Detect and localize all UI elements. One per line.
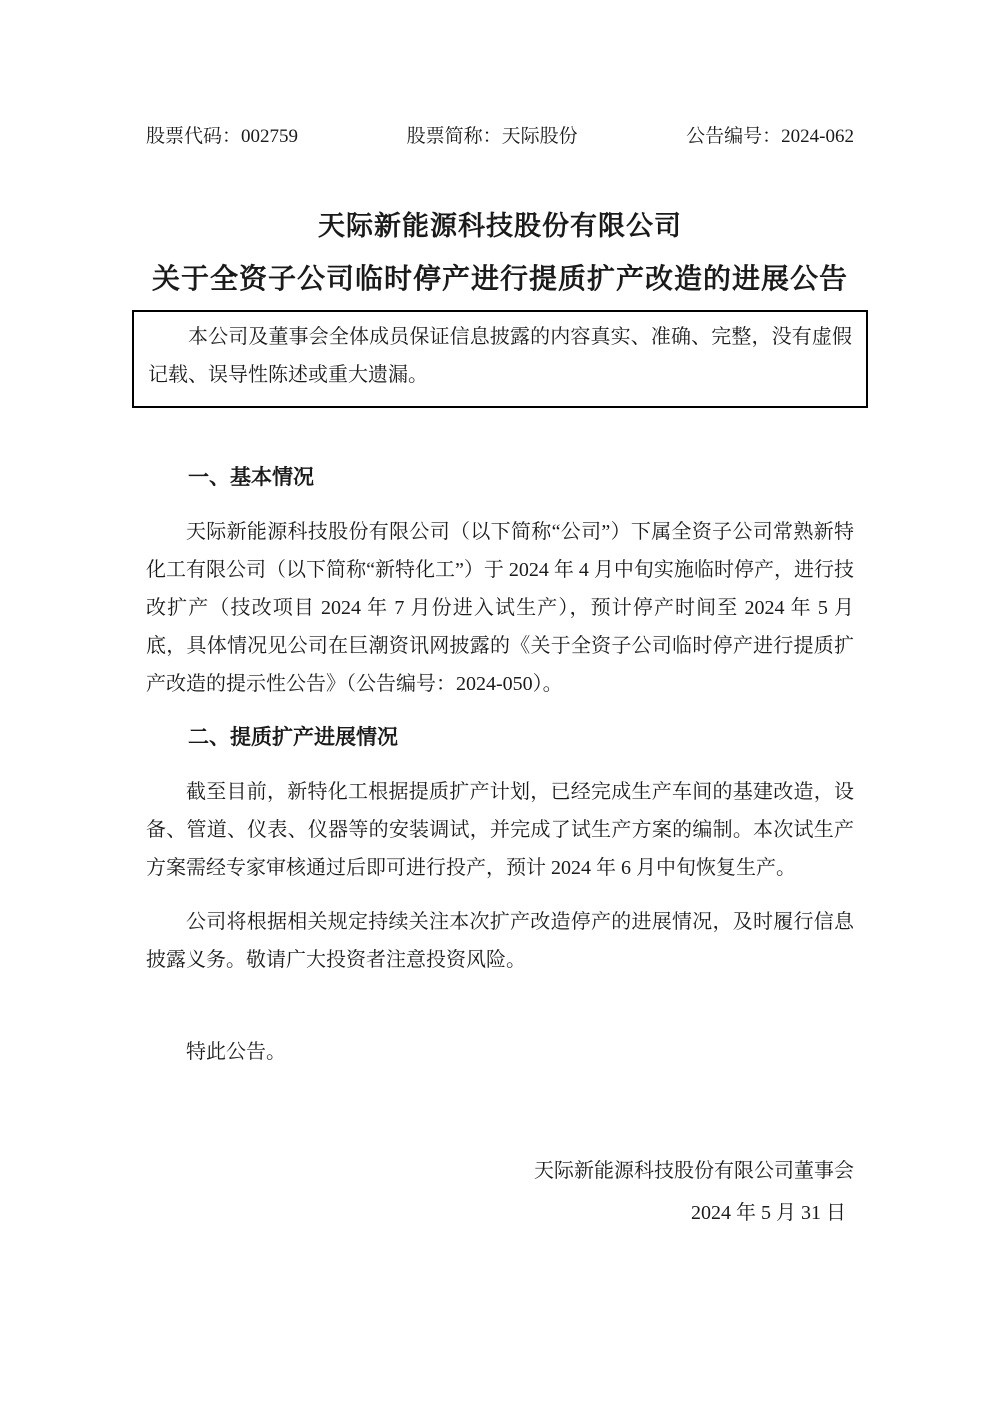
signature-date: 2024 年 5 月 31 日 <box>146 1192 854 1234</box>
stock-info-header: 股票代码：002759 股票简称：天际股份 公告编号：2024-062 <box>146 126 854 148</box>
signature-block: 天际新能源科技股份有限公司董事会 2024 年 5 月 31 日 <box>146 1150 854 1234</box>
announcement-document-page: 股票代码：002759 股票简称：天际股份 公告编号：2024-062 天际新能… <box>0 0 1000 1414</box>
signature-entity: 天际新能源科技股份有限公司董事会 <box>146 1150 854 1192</box>
stock-name: 股票简称：天际股份 <box>407 126 578 148</box>
disclaimer-box: 本公司及董事会全体成员保证信息披露的内容真实、准确、完整，没有虚假记载、误导性陈… <box>132 310 868 408</box>
section-1-paragraph-1: 天际新能源科技股份有限公司（以下简称“公司”）下属全资子公司常熟新特化工有限公司… <box>146 513 854 703</box>
announcement-number: 公告编号：2024-062 <box>686 126 854 148</box>
section-2-heading: 二、提质扩产进展情况 <box>146 718 854 756</box>
disclaimer-text: 本公司及董事会全体成员保证信息披露的内容真实、准确、完整，没有虚假记载、误导性陈… <box>148 318 852 394</box>
closing-statement: 特此公告。 <box>146 1033 854 1071</box>
section-1-heading: 一、基本情况 <box>146 458 854 496</box>
stock-code: 股票代码：002759 <box>146 126 298 148</box>
company-title: 天际新能源科技股份有限公司 <box>146 208 854 244</box>
section-2-paragraph-1: 截至目前，新特化工根据提质扩产计划，已经完成生产车间的基建改造，设备、管道、仪表… <box>146 773 854 887</box>
announcement-title: 关于全资子公司临时停产进行提质扩产改造的进展公告 <box>146 260 854 300</box>
document-content: 股票代码：002759 股票简称：天际股份 公告编号：2024-062 天际新能… <box>146 0 854 1234</box>
section-2-paragraph-2: 公司将根据相关规定持续关注本次扩产改造停产的进展情况，及时履行信息披露义务。敬请… <box>146 903 854 979</box>
